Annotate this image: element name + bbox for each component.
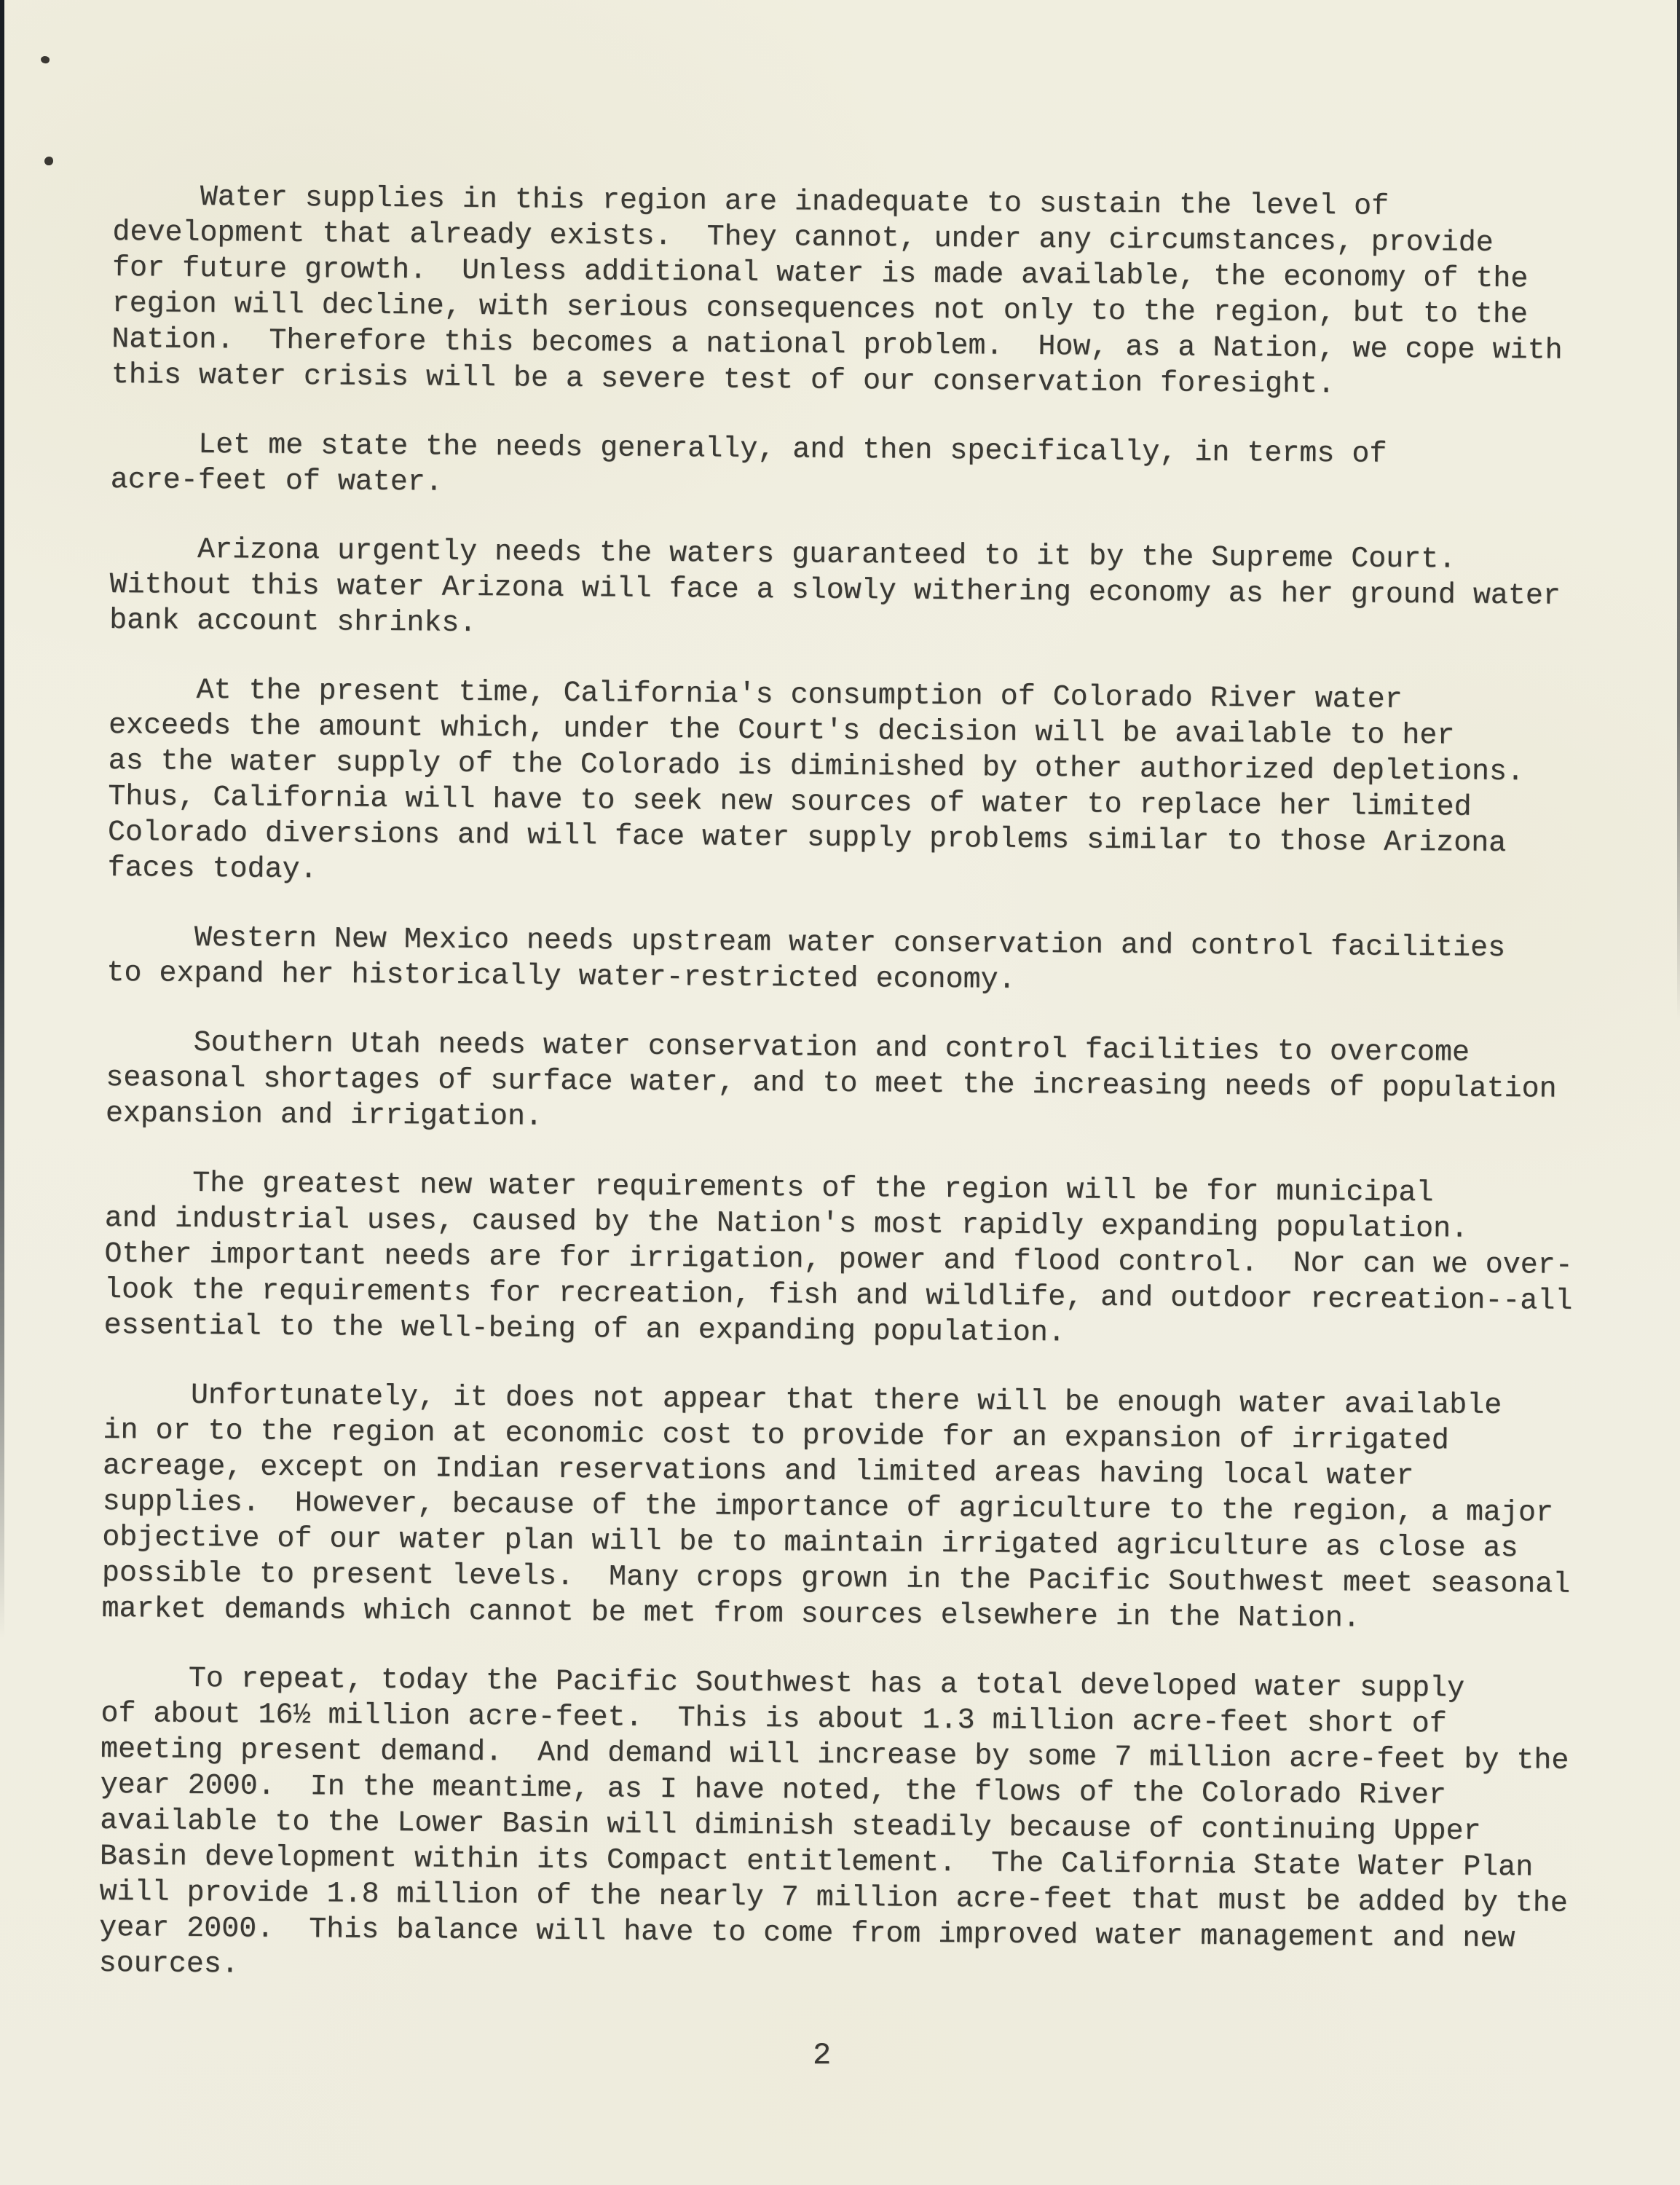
paragraph: At the present time, California's consum… [107,672,1616,898]
scan-edge-left [0,0,4,1639]
paragraph: Water supplies in this region are inadeq… [111,179,1620,405]
paragraph: The greatest new water requirements of t… [103,1165,1612,1355]
paragraph: Southern Utah needs water conservation a… [106,1025,1614,1143]
ink-speck [44,157,53,165]
paragraph: Let me state the needs generally, and th… [111,427,1619,510]
paragraph: Western New Mexico needs upstream water … [106,920,1614,1003]
paragraph: To repeat, today the Pacific Southwest h… [99,1661,1609,1993]
typewritten-text-block: Water supplies in this region are inadeq… [98,179,1620,2027]
paragraph: Arizona urgently needs the waters guaran… [109,532,1617,650]
page-number: 2 [813,2038,831,2074]
scan-edge-right [1677,0,1680,1020]
paragraph: Unfortunately, it does not appear that t… [101,1377,1611,1639]
scanned-document-page: Water supplies in this region are inadeq… [0,0,1680,2185]
ink-speck [40,55,50,65]
